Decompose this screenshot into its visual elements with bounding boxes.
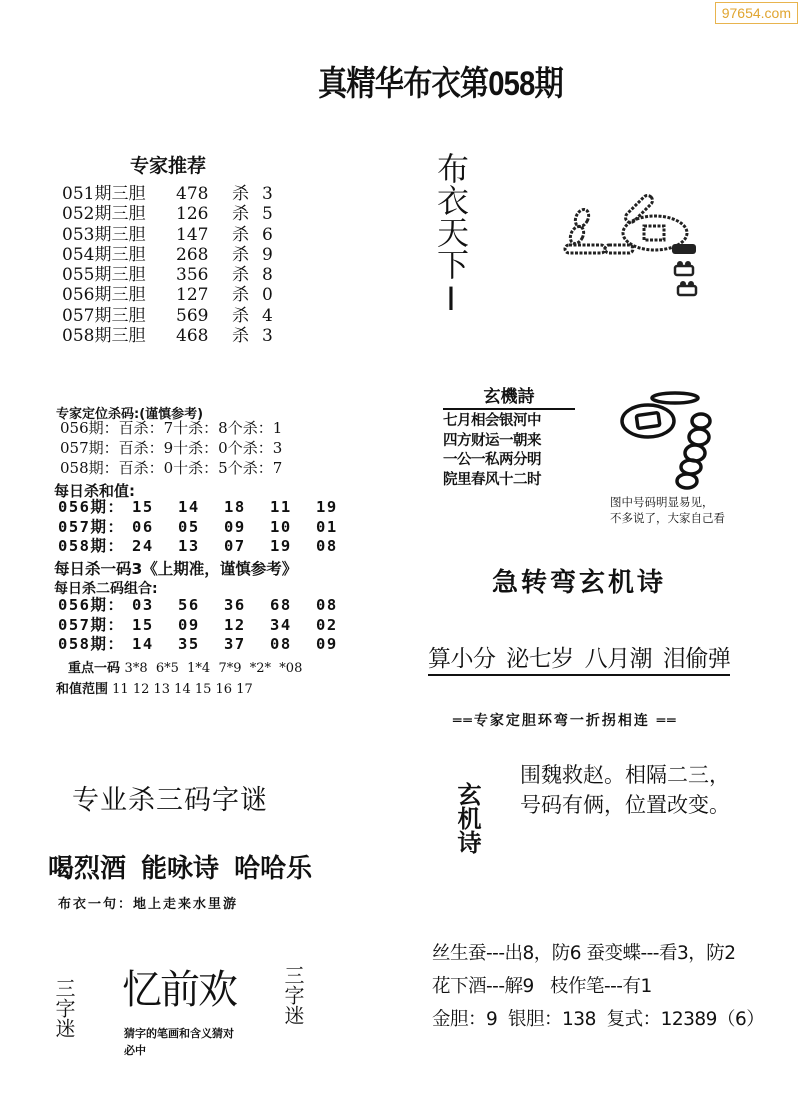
poem-line: 四方财运一朝来 bbox=[443, 432, 575, 452]
list-item: 057期：0605091001 bbox=[58, 518, 362, 538]
sum-kill-list: 056期：1514181119 057期：0605091001 058期：241… bbox=[58, 498, 362, 557]
poem-line: 一公一私两分明 bbox=[443, 451, 575, 471]
poem-title: 玄機詩 bbox=[443, 382, 575, 410]
list-item: 058期：2413071908 bbox=[58, 537, 362, 557]
pictogram-image-2 bbox=[615, 385, 725, 490]
pictogram-image-1 bbox=[560, 180, 720, 310]
poem-line: 院里春风十二时 bbox=[443, 471, 575, 491]
list-item: 056期三胆127杀0 bbox=[62, 285, 273, 305]
buyi-sentence: 布衣一句：地上走来水里游 bbox=[58, 893, 238, 912]
turn-poem-hints: 算小分 泌七岁 八月潮 泪偷弹 bbox=[428, 640, 730, 676]
list-item: 051期三胆478杀3 bbox=[62, 184, 273, 204]
three-char-riddle-right: 三字迷 bbox=[283, 965, 303, 1025]
list-item: 056期：1514181119 bbox=[58, 498, 362, 518]
page-title: 真精华布衣第058期 bbox=[318, 56, 563, 105]
summary-line: 金胆：9 银胆：138 复式：12389（6） bbox=[432, 1003, 764, 1036]
list-item: 055期三胆356杀8 bbox=[62, 265, 273, 285]
list-item: 057期：百杀：9十杀：0个杀：3 bbox=[60, 438, 282, 458]
kill-two-list: 056期：0356366808 057期：1509123402 058期：143… bbox=[58, 596, 362, 655]
list-item: 056期：百杀：7十杀：8个杀：1 bbox=[60, 418, 282, 438]
summary-line: 花下酒---解9 枝作笔---有1 bbox=[432, 970, 764, 1003]
sum-range-line: 和值范围 11 12 13 14 15 16 17 bbox=[56, 678, 253, 697]
summary-line: 丝生蚕---出8，防6 蚕变蝶---看3，防2 bbox=[432, 937, 764, 970]
riddle-heading: 专业杀三码字谜 bbox=[72, 778, 268, 817]
three-char-riddle-left: 三字迷 bbox=[54, 978, 74, 1038]
list-item: 057期三胆569杀4 bbox=[62, 306, 273, 326]
expert-list: 051期三胆478杀3 052期三胆126杀5 053期三胆147杀6 054期… bbox=[62, 184, 273, 346]
xuanji-poem-box: 玄機詩 七月相会银河中 四方财运一朝来 一公一私两分明 院里春风十二时 bbox=[443, 382, 575, 490]
list-item: 053期三胆147杀6 bbox=[62, 225, 273, 245]
poem-lines: 七月相会银河中 四方财运一朝来 一公一私两分明 院里春风十二时 bbox=[443, 412, 575, 490]
list-item: 058期：百杀：0十杀：5个杀：7 bbox=[60, 458, 282, 478]
key-code-line: 重点一码 3*8 6*5 1*4 7*9 *2* *08 bbox=[68, 657, 302, 676]
xuanji-vertical-label: 玄机诗 bbox=[448, 782, 486, 854]
kill-one-line: 每日杀一码3《上期准，谨慎参考》 bbox=[54, 557, 297, 579]
list-item: 058期三胆468杀3 bbox=[62, 326, 273, 346]
list-item: 052期三胆126杀5 bbox=[62, 204, 273, 224]
position-kill-list: 056期：百杀：7十杀：8个杀：1 057期：百杀：9十杀：0个杀：3 058期… bbox=[60, 418, 282, 478]
poem-line: 七月相会银河中 bbox=[443, 412, 575, 432]
turn-poem-heading: 急转弯玄机诗 bbox=[492, 562, 666, 599]
buyi-tianxia-vertical: 布衣天下I bbox=[432, 152, 469, 318]
list-item: 057期：1509123402 bbox=[58, 616, 362, 636]
list-item: 056期：0356366808 bbox=[58, 596, 362, 616]
xuanji-text: 围魏救赵。相隔二三， 号码有俩，位置改变。 bbox=[520, 760, 730, 820]
riddle-big-text: 忆前欢 bbox=[122, 958, 236, 1015]
bottom-summary: 丝生蚕---出8，防6 蚕变蝶---看3，防2 花下酒---解9 枝作笔---有… bbox=[432, 937, 764, 1036]
riddle-hint: 猜字的笔画和含义猜对必中 bbox=[124, 1025, 244, 1059]
site-watermark[interactable]: 97654.com bbox=[715, 2, 798, 24]
picture-caption: 图中号码明显易见， 不多说了，大家自己看 bbox=[610, 494, 725, 526]
xuanji-line: 号码有俩，位置改变。 bbox=[520, 790, 730, 820]
list-item: 054期三胆268杀9 bbox=[62, 245, 273, 265]
riddle-line: 喝烈酒 能咏诗 哈哈乐 bbox=[48, 848, 312, 885]
expert-dan-line: ══专家定胆环弯一折拐相连 ══ bbox=[453, 710, 678, 730]
kill-two-heading: 每日杀二码组合: bbox=[54, 578, 158, 598]
expert-heading: 专家推荐 bbox=[130, 151, 206, 178]
xuanji-line: 围魏救赵。相隔二三， bbox=[520, 760, 730, 790]
list-item: 058期：1435370809 bbox=[58, 635, 362, 655]
